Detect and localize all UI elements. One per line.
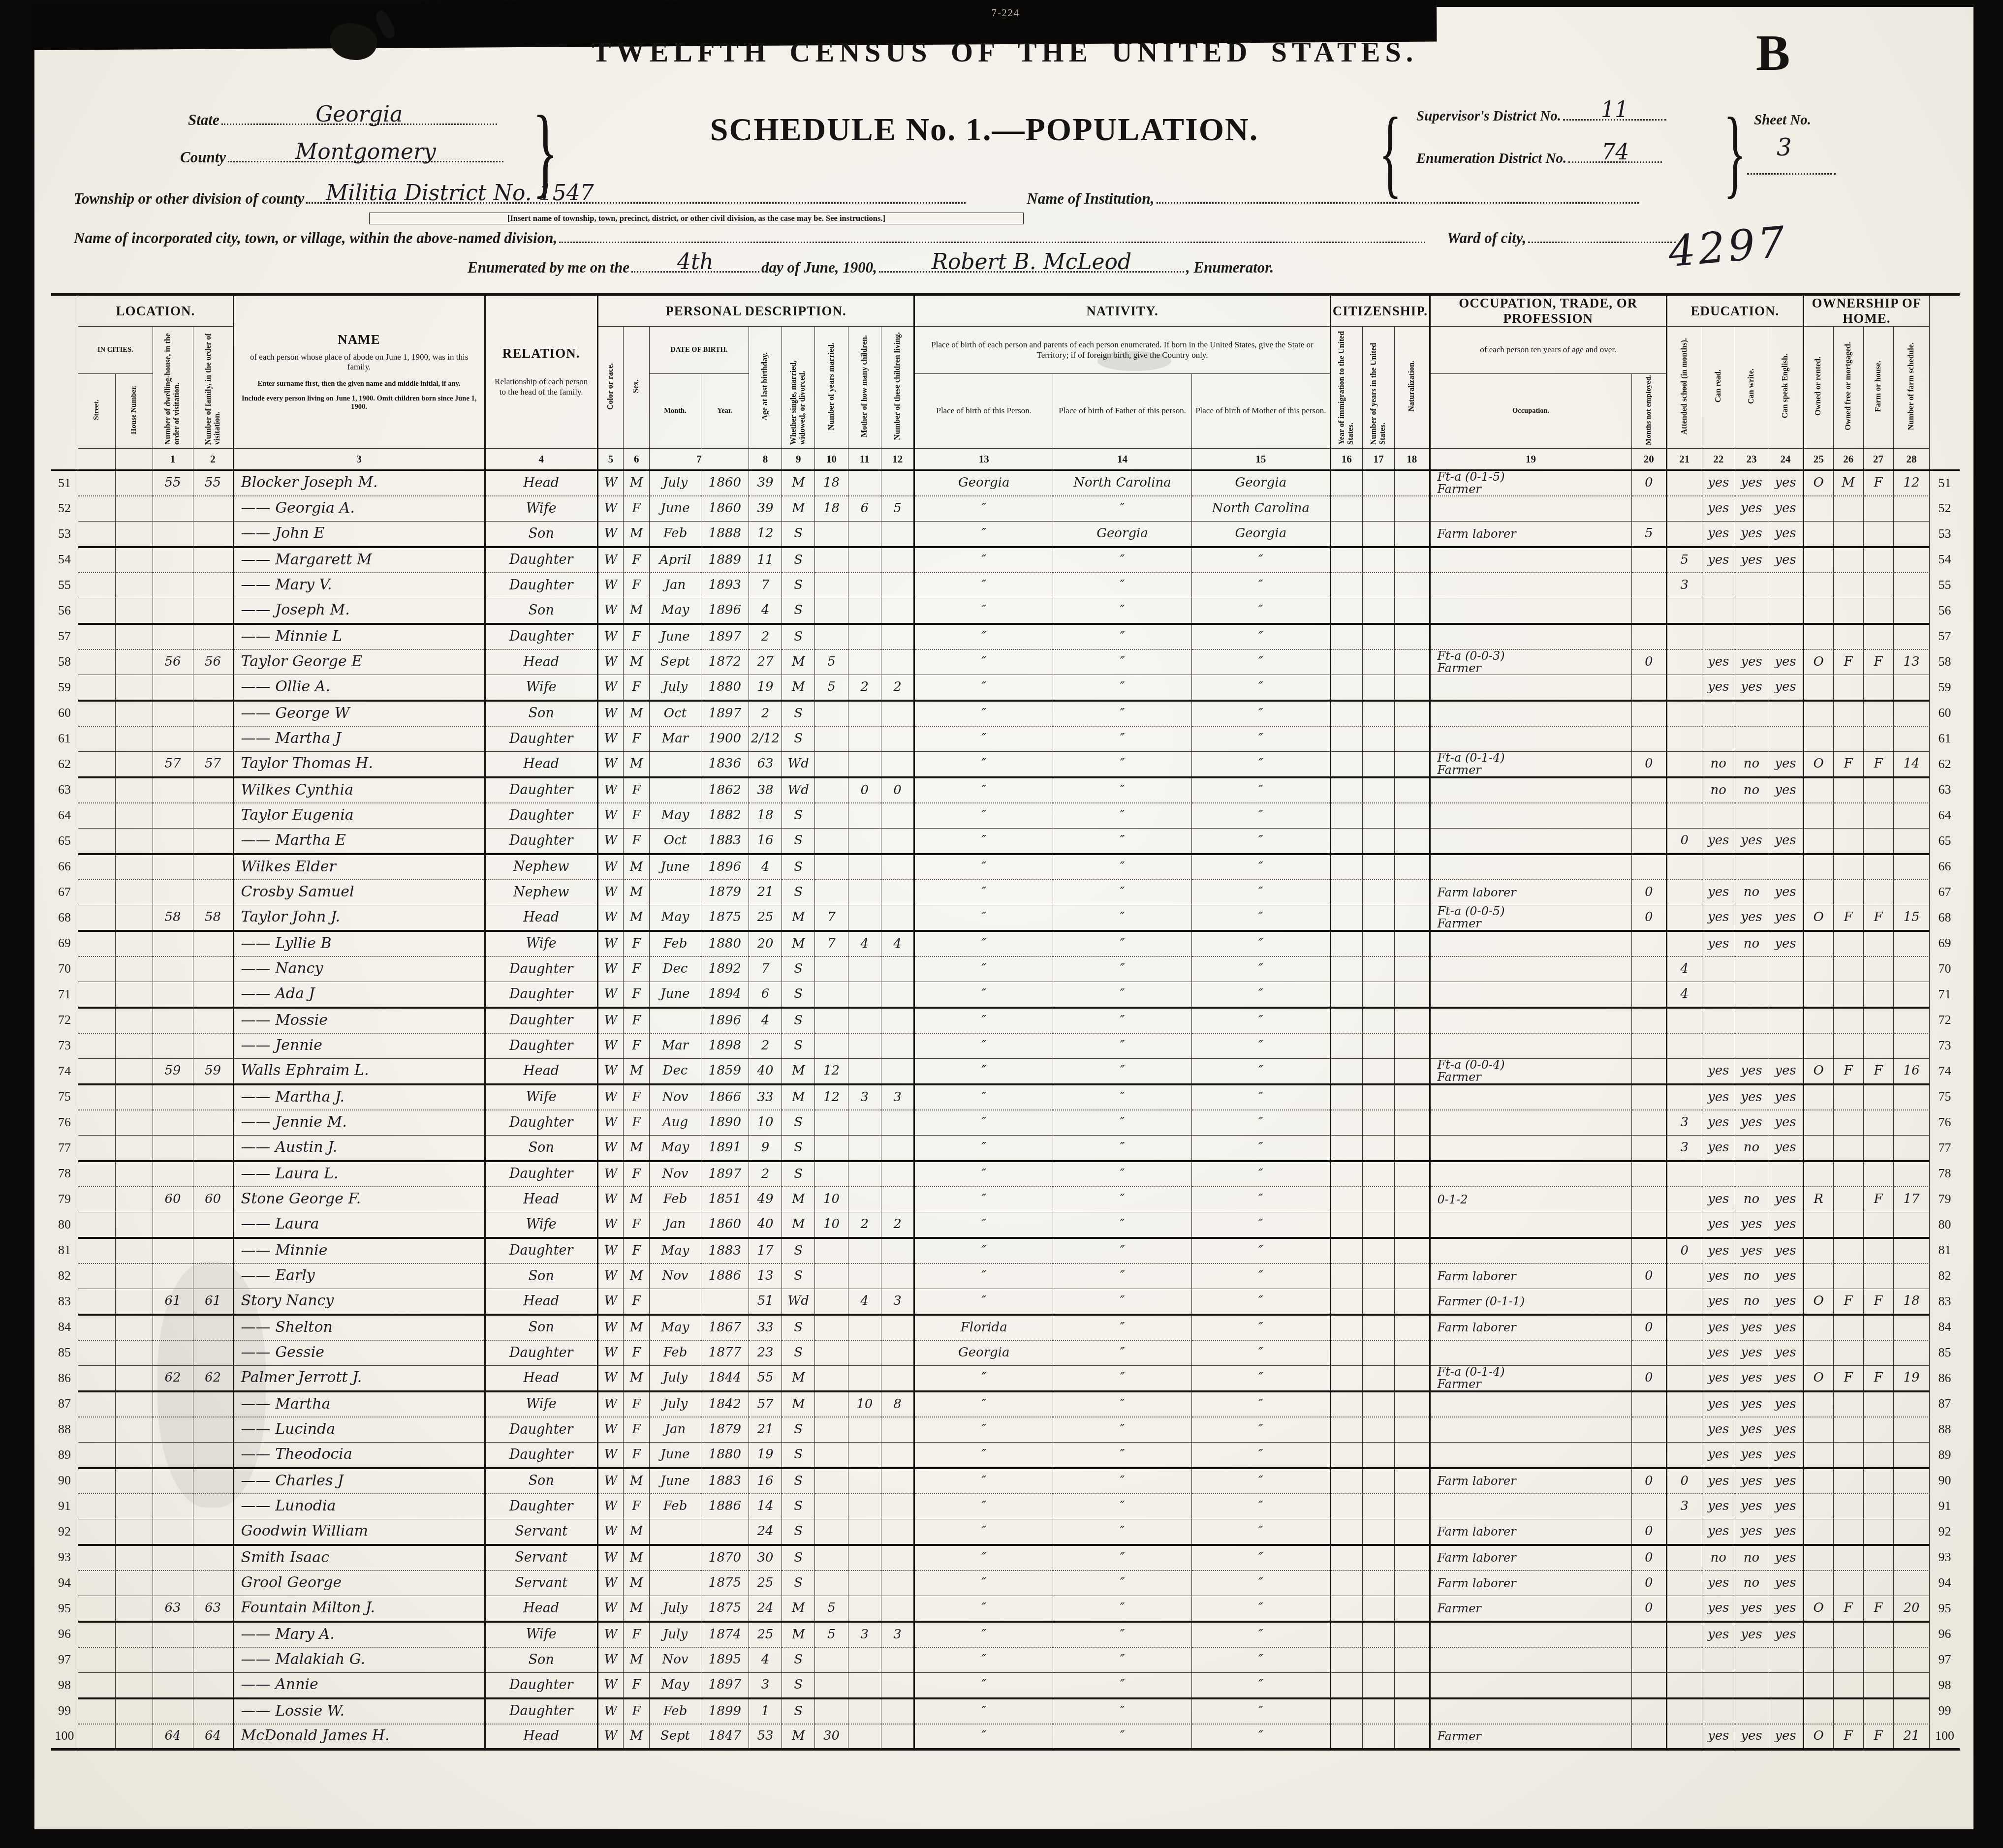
cell-nat [1395, 649, 1430, 675]
cell-schedule [1893, 1238, 1930, 1263]
cell-read: no [1702, 752, 1735, 777]
table-row: 82—— EarlySonWMNov188613S″″″Farm laborer… [51, 1263, 1960, 1289]
cell-family: 64 [193, 1724, 233, 1750]
cell-birth_person: ″ [914, 777, 1053, 803]
cell-family [193, 1622, 233, 1647]
cell-nat [1395, 1673, 1430, 1698]
cell-sex: M [624, 1366, 650, 1391]
col-num: 26 [1833, 449, 1863, 470]
cell-schedule [1893, 777, 1930, 803]
cell-year: 1894 [701, 982, 749, 1008]
cell-marital: S [782, 1008, 815, 1033]
cell-yrs_married: 5 [815, 1596, 848, 1622]
cell-schedule [1893, 1673, 1930, 1698]
cell-months_unemployed [1631, 982, 1666, 1008]
cell-mother_of [848, 1443, 881, 1468]
cell-year: 1896 [701, 598, 749, 624]
cell-write: yes [1735, 905, 1768, 931]
col-header-birth-father: Place of birth of Father of this person. [1053, 374, 1192, 449]
line-number: 85 [1930, 1340, 1960, 1366]
cell-house [115, 470, 153, 496]
col-header-month: Month. [649, 374, 701, 449]
cell-name: Smith Isaac [233, 1545, 485, 1571]
line-number: 66 [1930, 854, 1960, 880]
cell-mortgaged [1833, 1315, 1863, 1340]
line-number: 98 [1930, 1673, 1960, 1698]
cell-age: 14 [749, 1494, 782, 1519]
cell-color: W [597, 470, 624, 496]
cell-birth_person: ″ [914, 1366, 1053, 1391]
cell-sex: F [624, 1084, 650, 1110]
cell-month: Oct [649, 701, 701, 726]
cell-months_unemployed [1631, 1161, 1666, 1187]
cell-months_unemployed: 0 [1631, 1263, 1666, 1289]
cell-speak [1768, 803, 1804, 829]
table-body: 515555Blocker Joseph M.HeadWMJuly186039M… [51, 470, 1960, 1750]
cell-sex: M [624, 1545, 650, 1571]
cell-yrs_us [1362, 649, 1394, 675]
col-header-attended-school: Attended school (in months). [1667, 327, 1702, 449]
table-row: 90—— Charles JSonWMJune188316S″″″Farm la… [51, 1468, 1960, 1494]
cell-birth_father: ″ [1053, 1494, 1192, 1519]
cell-occupation: 0-1-2 [1430, 1187, 1631, 1212]
cell-read: yes [1702, 829, 1735, 854]
cell-mother_of [848, 1647, 881, 1673]
cell-owned [1803, 1647, 1833, 1673]
cell-imm [1330, 1187, 1362, 1212]
cell-marital: S [782, 854, 815, 880]
col-num: 25 [1803, 449, 1833, 470]
cell-speak: yes [1768, 880, 1804, 905]
cell-year [701, 1289, 749, 1315]
col-header-farm-or-house: Farm or house. [1863, 327, 1893, 449]
cell-speak: yes [1768, 829, 1804, 854]
cell-schedule [1893, 1110, 1930, 1136]
cell-house [115, 1315, 153, 1340]
cell-speak: yes [1768, 1110, 1804, 1136]
cell-read: yes [1702, 1443, 1735, 1468]
cell-nat [1395, 701, 1430, 726]
cell-marital: S [782, 1647, 815, 1673]
state-label: State [188, 111, 219, 128]
cell-name: McDonald James H. [233, 1724, 485, 1750]
col-num: 21 [1667, 449, 1702, 470]
cell-marital: M [782, 1059, 815, 1084]
cell-write [1735, 1673, 1768, 1698]
cell-birth_person: Georgia [914, 1340, 1053, 1366]
cell-marital: M [782, 470, 815, 496]
county-line: County Montgomery [180, 149, 503, 166]
cell-marital: S [782, 726, 815, 752]
cell-dwelling [153, 726, 193, 752]
cell-speak: yes [1768, 1212, 1804, 1238]
cell-street [78, 1673, 116, 1698]
line-number: 91 [51, 1494, 78, 1519]
cell-street [78, 726, 116, 752]
cell-family [193, 598, 233, 624]
cell-schedule [1893, 1136, 1930, 1161]
cell-birth_person: ″ [914, 1391, 1053, 1417]
cell-family [193, 956, 233, 982]
cell-birth_father: ″ [1053, 1545, 1192, 1571]
cell-house [115, 1519, 153, 1545]
cell-speak: yes [1768, 1417, 1804, 1443]
cell-months_unemployed [1631, 1212, 1666, 1238]
cell-school [1667, 1289, 1702, 1315]
cell-birth_father: ″ [1053, 854, 1192, 880]
cell-speak [1768, 854, 1804, 880]
cell-year: 1899 [701, 1698, 749, 1724]
cell-house [115, 829, 153, 854]
cell-occupation: Farmer (0-1-1) [1430, 1289, 1631, 1315]
cell-read [1702, 1673, 1735, 1698]
cell-imm [1330, 1366, 1362, 1391]
cell-read: yes [1702, 1059, 1735, 1084]
cell-house [115, 726, 153, 752]
cell-mortgaged [1833, 726, 1863, 752]
cell-street [78, 1136, 116, 1161]
table-row: 64Taylor EugeniaDaughterWFMay188218S″″″6… [51, 803, 1960, 829]
city-line: Name of incorporated city, town, or vill… [74, 229, 1676, 247]
cell-nat [1395, 1571, 1430, 1596]
cell-street [78, 1417, 116, 1443]
col-header-can-read: Can read. [1702, 327, 1735, 449]
cell-relation: Daughter [485, 1161, 597, 1187]
cell-yrs_us [1362, 777, 1394, 803]
cell-marital: M [782, 675, 815, 701]
cell-relation: Son [485, 598, 597, 624]
line-number: 88 [1930, 1417, 1960, 1443]
cell-imm [1330, 1161, 1362, 1187]
cell-birth_father: ″ [1053, 880, 1192, 905]
line-number: 54 [51, 547, 78, 573]
cell-house [115, 880, 153, 905]
cell-mother_of: 3 [848, 1622, 881, 1647]
cell-yrs_married [815, 982, 848, 1008]
cell-family: 55 [193, 470, 233, 496]
col-header-years-married: Number of years married. [815, 327, 848, 449]
cell-school [1667, 1340, 1702, 1366]
form-header: 7-224 TWELFTH CENSUS OF THE UNITED STATE… [34, 7, 1975, 292]
cell-sex: M [624, 752, 650, 777]
cell-year: 1886 [701, 1494, 749, 1519]
cell-name: —— Annie [233, 1673, 485, 1698]
cell-birth_person: ″ [914, 496, 1053, 522]
cell-write [1735, 803, 1768, 829]
line-number: 90 [51, 1468, 78, 1494]
line-number: 94 [51, 1571, 78, 1596]
supervisor-value: 11 [1563, 99, 1666, 121]
cell-birth_person: ″ [914, 1263, 1053, 1289]
cell-occupation [1430, 982, 1631, 1008]
cell-yrs_us [1362, 701, 1394, 726]
cell-read: yes [1702, 1263, 1735, 1289]
line-number: 80 [1930, 1212, 1960, 1238]
cell-month: Nov [649, 1263, 701, 1289]
cell-name: —— Lyllie B [233, 931, 485, 956]
cell-birth_person: ″ [914, 573, 1053, 598]
cell-write: yes [1735, 470, 1768, 496]
cell-imm [1330, 624, 1362, 649]
cell-yrs_us [1362, 803, 1394, 829]
line-number: 64 [51, 803, 78, 829]
cell-street [78, 649, 116, 675]
cell-mortgaged [1833, 675, 1863, 701]
cell-yrs_married [815, 1110, 848, 1136]
line-number: 87 [51, 1391, 78, 1417]
cell-age: 39 [749, 470, 782, 496]
cell-name: Wilkes Cynthia [233, 777, 485, 803]
cell-sex: F [624, 829, 650, 854]
cell-name: —— Jennie [233, 1033, 485, 1059]
cell-read: yes [1702, 1136, 1735, 1161]
col-group-location: LOCATION. [78, 295, 233, 327]
enumeration-fill: 74 [1568, 157, 1662, 163]
cell-age: 2 [749, 1033, 782, 1059]
table-row: 866262Palmer Jerrott J.HeadWMJuly184455M… [51, 1366, 1960, 1391]
cell-mother_of [848, 803, 881, 829]
cell-birth_mother: ″ [1191, 649, 1330, 675]
cell-relation: Head [485, 1596, 597, 1622]
cell-name: —— Lossie W. [233, 1698, 485, 1724]
cell-birth_person: Florida [914, 1315, 1053, 1340]
cell-house [115, 905, 153, 931]
cell-house [115, 1084, 153, 1110]
institution-label: Name of Institution, [1027, 190, 1154, 207]
cell-age: 21 [749, 1417, 782, 1443]
cell-occupation: Farm laborer [1430, 1263, 1631, 1289]
cell-occupation [1430, 1008, 1631, 1033]
cell-occupation [1430, 1110, 1631, 1136]
col-num: 23 [1735, 449, 1768, 470]
cell-imm [1330, 1136, 1362, 1161]
table-row: 93Smith IsaacServantWM187030S″″″Farm lab… [51, 1545, 1960, 1571]
cell-family [193, 931, 233, 956]
cell-house [115, 573, 153, 598]
cell-yrs_us [1362, 1110, 1394, 1136]
line-number: 54 [1930, 547, 1960, 573]
cell-family: 61 [193, 1289, 233, 1315]
cell-age: 24 [749, 1519, 782, 1545]
cell-family: 56 [193, 649, 233, 675]
line-number: 75 [51, 1084, 78, 1110]
cell-family [193, 1647, 233, 1673]
cell-speak: yes [1768, 1187, 1804, 1212]
cell-children_living [881, 1571, 914, 1596]
cell-relation: Head [485, 1366, 597, 1391]
cell-sex: M [624, 1136, 650, 1161]
cell-schedule: 15 [1893, 905, 1930, 931]
cell-mortgaged [1833, 956, 1863, 982]
cell-school [1667, 470, 1702, 496]
cell-family [193, 829, 233, 854]
cell-birth_mother: ″ [1191, 573, 1330, 598]
cell-month [649, 1571, 701, 1596]
cell-name: —— Martha J. [233, 1084, 485, 1110]
cell-owned [1803, 1698, 1833, 1724]
cell-street [78, 1315, 116, 1340]
cell-occupation [1430, 777, 1631, 803]
cell-owned [1803, 1571, 1833, 1596]
cell-marital: M [782, 905, 815, 931]
cell-year: 1895 [701, 1647, 749, 1673]
cell-birth_father: ″ [1053, 1033, 1192, 1059]
cell-birth_mother: ″ [1191, 1212, 1330, 1238]
cell-name: —— Joseph M. [233, 598, 485, 624]
cell-owned [1803, 1494, 1833, 1519]
cell-children_living [881, 1238, 914, 1263]
cell-relation: Head [485, 752, 597, 777]
cell-month [649, 1289, 701, 1315]
col-num: 15 [1191, 449, 1330, 470]
cell-read: yes [1702, 1187, 1735, 1212]
cell-relation: Daughter [485, 1443, 597, 1468]
cell-read: yes [1702, 1494, 1735, 1519]
cell-birth_father: ″ [1053, 1724, 1192, 1750]
cell-owned [1803, 701, 1833, 726]
cell-name: Palmer Jerrott J. [233, 1366, 485, 1391]
cell-age: 57 [749, 1391, 782, 1417]
cell-relation: Daughter [485, 803, 597, 829]
cell-birth_person: ″ [914, 726, 1053, 752]
line-number: 72 [51, 1008, 78, 1033]
cell-yrs_us [1362, 1571, 1394, 1596]
cell-month [649, 1545, 701, 1571]
cell-mother_of [848, 701, 881, 726]
line-number: 57 [51, 624, 78, 649]
line-number: 86 [51, 1366, 78, 1391]
line-number: 69 [1930, 931, 1960, 956]
cell-children_living: 3 [881, 1289, 914, 1315]
cell-schedule [1893, 1443, 1930, 1468]
cell-house [115, 1647, 153, 1673]
city-label: Name of incorporated city, town, or vill… [74, 229, 557, 246]
cell-birth_person: ″ [914, 803, 1053, 829]
cell-yrs_us [1362, 1084, 1394, 1110]
table-row: 72—— MossieDaughterWF18964S″″″72 [51, 1008, 1960, 1033]
cell-street [78, 982, 116, 1008]
cell-yrs_married [815, 1494, 848, 1519]
cell-mortgaged [1833, 598, 1863, 624]
cell-birth_person: ″ [914, 1136, 1053, 1161]
line-number: 86 [1930, 1366, 1960, 1391]
cell-name: —— Laura [233, 1212, 485, 1238]
line-number: 68 [51, 905, 78, 931]
cell-birth_person: ″ [914, 1673, 1053, 1698]
cell-relation: Head [485, 1724, 597, 1750]
cell-yrs_us [1362, 1596, 1394, 1622]
cell-name: Fountain Milton J. [233, 1596, 485, 1622]
cell-relation: Nephew [485, 880, 597, 905]
cell-relation: Son [485, 1136, 597, 1161]
cell-house [115, 496, 153, 522]
cell-age: 53 [749, 1724, 782, 1750]
cell-family [193, 1673, 233, 1698]
cell-birth_person: ″ [914, 1468, 1053, 1494]
cell-owned [1803, 1468, 1833, 1494]
cell-yrs_married [815, 1340, 848, 1366]
cell-birth_person: ″ [914, 624, 1053, 649]
line-number: 65 [51, 829, 78, 854]
cell-color: W [597, 829, 624, 854]
cell-relation: Wife [485, 1622, 597, 1647]
cell-month: July [649, 470, 701, 496]
cell-yrs_married: 30 [815, 1724, 848, 1750]
cell-dwelling [153, 931, 193, 956]
cell-school [1667, 854, 1702, 880]
cell-month [649, 752, 701, 777]
cell-schedule [1893, 982, 1930, 1008]
cell-nat [1395, 547, 1430, 573]
cell-read [1702, 803, 1735, 829]
cell-dwelling [153, 1673, 193, 1698]
cell-nat [1395, 1187, 1430, 1212]
cell-sex: M [624, 701, 650, 726]
cell-yrs_us [1362, 1136, 1394, 1161]
line-number: 82 [1930, 1263, 1960, 1289]
cell-mortgaged [1833, 777, 1863, 803]
line-number: 71 [51, 982, 78, 1008]
cell-write: yes [1735, 1519, 1768, 1545]
cell-schedule: 19 [1893, 1366, 1930, 1391]
cell-family [193, 701, 233, 726]
cell-month: June [649, 624, 701, 649]
line-number: 97 [51, 1647, 78, 1673]
cell-age: 19 [749, 1443, 782, 1468]
cell-relation: Servant [485, 1519, 597, 1545]
cell-street [78, 547, 116, 573]
cell-dwelling: 59 [153, 1059, 193, 1084]
cell-children_living [881, 726, 914, 752]
cell-birth_father: ″ [1053, 675, 1192, 701]
cell-yrs_us [1362, 1545, 1394, 1571]
cell-color: W [597, 1263, 624, 1289]
cell-name: —— Martha E [233, 829, 485, 854]
cell-mortgaged [1833, 1698, 1863, 1724]
cell-imm [1330, 547, 1362, 573]
cell-yrs_married [815, 1571, 848, 1596]
cell-speak: yes [1768, 1391, 1804, 1417]
cell-yrs_us [1362, 1161, 1394, 1187]
cell-year: 1882 [701, 803, 749, 829]
cell-house [115, 1263, 153, 1289]
cell-schedule [1893, 1468, 1930, 1494]
cell-birth_mother: ″ [1191, 1110, 1330, 1136]
cell-months_unemployed [1631, 777, 1666, 803]
cell-birth_mother: ″ [1191, 931, 1330, 956]
cell-marital: S [782, 1161, 815, 1187]
cell-dwelling [153, 573, 193, 598]
cell-imm [1330, 1519, 1362, 1545]
cell-yrs_married: 18 [815, 470, 848, 496]
cell-schedule [1893, 829, 1930, 854]
cell-occupation [1430, 1238, 1631, 1263]
cell-farm [1863, 1263, 1893, 1289]
cell-children_living [881, 1494, 914, 1519]
line-number: 79 [1930, 1187, 1960, 1212]
cell-read [1702, 1698, 1735, 1724]
cell-dwelling [153, 880, 193, 905]
cell-birth_father: ″ [1053, 1008, 1192, 1033]
cell-relation: Head [485, 1187, 597, 1212]
cell-sex: F [624, 956, 650, 982]
cell-yrs_us [1362, 905, 1394, 931]
cell-birth_mother: Georgia [1191, 470, 1330, 496]
cell-imm [1330, 1059, 1362, 1084]
line-number: 64 [1930, 803, 1960, 829]
cell-marital: Wd [782, 777, 815, 803]
cell-birth_father: ″ [1053, 1673, 1192, 1698]
